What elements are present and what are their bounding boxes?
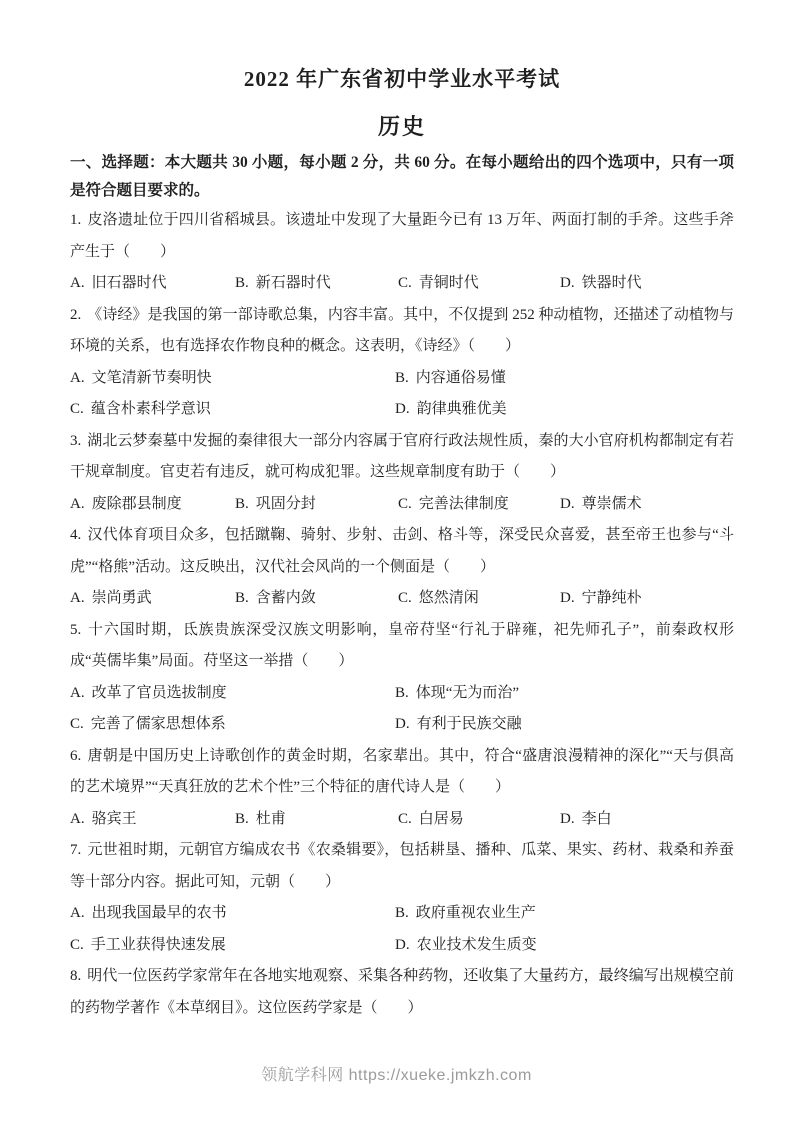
option-label: C. — [398, 496, 412, 512]
question-text: 8.明代一位医药学家常年在各地实地观察、采集各种药物，还收集了大量药方，最终编写… — [70, 961, 734, 1024]
option-label: A. — [70, 905, 85, 921]
option-text: 骆宾王 — [92, 811, 137, 827]
option-text: 体现“无为而治” — [416, 685, 519, 701]
options-row: A.改革了官员选拔制度 B.体现“无为而治” C.完善了儒家思想体系 D.有利于… — [70, 678, 734, 741]
exam-page: 2022 年广东省初中学业水平考试 历史 一、选择题：本大题共 30 小题，每小… — [0, 0, 793, 1122]
question-body: 唐朝是中国历史上诗歌创作的黄金时期，名家辈出。其中，符合“盛唐浪漫精神的深化”“… — [70, 748, 734, 796]
option-label: D. — [560, 275, 575, 291]
option-c: C.手工业获得快速发展 — [70, 930, 395, 962]
option-a: A.旧石器时代 — [70, 268, 235, 300]
option-text: 尊崇儒术 — [582, 496, 642, 512]
option-label: B. — [235, 496, 249, 512]
question-body: 湖北云梦秦墓中发掘的秦律很大一部分内容属于官府行政法规性质，秦的大小官府机构都制… — [70, 433, 734, 481]
question-number: 8. — [70, 968, 81, 984]
option-label: C. — [70, 401, 84, 417]
option-text: 含蓄内敛 — [256, 590, 316, 606]
options-row: A.旧石器时代 B.新石器时代 C.青铜时代 D.铁器时代 — [70, 268, 734, 300]
option-a: A.骆宾王 — [70, 804, 235, 836]
option-text: 有利于民族交融 — [417, 716, 522, 732]
question-text: 6.唐朝是中国历史上诗歌创作的黄金时期，名家辈出。其中，符合“盛唐浪漫精神的深化… — [70, 741, 734, 804]
question-body: 十六国时期，氐族贵族深受汉族文明影响，皇帝苻坚“行礼于辟雍，祀先师孔子”，前秦政… — [70, 622, 734, 670]
option-label: D. — [560, 590, 575, 606]
question-number: 4. — [70, 527, 81, 543]
option-b: B.新石器时代 — [235, 268, 398, 300]
option-text: 青铜时代 — [419, 275, 479, 291]
option-label: B. — [395, 685, 409, 701]
option-label: C. — [70, 937, 84, 953]
option-text: 悠然清闲 — [419, 590, 479, 606]
options-row: A.文笔清新节奏明快 B.内容通俗易懂 C.蕴含朴素科学意识 D.韵律典雅优美 — [70, 363, 734, 426]
question-4: 4.汉代体育项目众多，包括蹴鞠、骑射、步射、击剑、格斗等，深受民众喜爱，甚至帝王… — [70, 520, 734, 615]
option-d: D.尊崇儒术 — [560, 489, 734, 521]
question-number: 3. — [70, 433, 81, 449]
option-d: D.农业技术发生质变 — [395, 930, 734, 962]
option-label: A. — [70, 590, 85, 606]
option-text: 手工业获得快速发展 — [91, 937, 226, 953]
question-7: 7.元世祖时期，元朝官方编成农书《农桑辑要》，包括耕垦、播种、瓜菜、果实、药材、… — [70, 835, 734, 961]
options-row: A.废除郡县制度 B.巩固分封 C.完善法律制度 D.尊崇儒术 — [70, 489, 734, 521]
option-label: B. — [235, 275, 249, 291]
option-text: 改革了官员选拔制度 — [92, 685, 227, 701]
option-label: D. — [395, 716, 410, 732]
question-body: 汉代体育项目众多，包括蹴鞠、骑射、步射、击剑、格斗等，深受民众喜爱，甚至帝王也参… — [70, 527, 734, 575]
question-body: 《诗经》是我国的第一部诗歌总集，内容丰富。其中，不仅提到 252 种动植物，还描… — [70, 307, 734, 355]
option-text: 旧石器时代 — [92, 275, 167, 291]
question-3: 3.湖北云梦秦墓中发掘的秦律很大一部分内容属于官府行政法规性质，秦的大小官府机构… — [70, 426, 734, 521]
option-label: A. — [70, 496, 85, 512]
option-a: A.文笔清新节奏明快 — [70, 363, 395, 395]
question-text: 5.十六国时期，氐族贵族深受汉族文明影响，皇帝苻坚“行礼于辟雍，祀先师孔子”，前… — [70, 615, 734, 678]
option-text: 政府重视农业生产 — [416, 905, 536, 921]
question-text: 1.皮洛遗址位于四川省稻城县。该遗址中发现了大量距今已有 13 万年、两面打制的… — [70, 205, 734, 268]
option-c: C.完善了儒家思想体系 — [70, 709, 395, 741]
option-text: 韵律典雅优美 — [417, 401, 507, 417]
option-label: D. — [395, 401, 410, 417]
option-label: D. — [395, 937, 410, 953]
option-d: D.有利于民族交融 — [395, 709, 734, 741]
option-text: 完善法律制度 — [419, 496, 509, 512]
option-text: 新石器时代 — [256, 275, 331, 291]
option-a: A.改革了官员选拔制度 — [70, 678, 395, 710]
question-5: 5.十六国时期，氐族贵族深受汉族文明影响，皇帝苻坚“行礼于辟雍，祀先师孔子”，前… — [70, 615, 734, 741]
option-c: C.白居易 — [398, 804, 560, 836]
option-c: C.蕴含朴素科学意识 — [70, 394, 395, 426]
question-text: 3.湖北云梦秦墓中发掘的秦律很大一部分内容属于官府行政法规性质，秦的大小官府机构… — [70, 426, 734, 489]
question-text: 4.汉代体育项目众多，包括蹴鞠、骑射、步射、击剑、格斗等，深受民众喜爱，甚至帝王… — [70, 520, 734, 583]
option-text: 废除郡县制度 — [92, 496, 182, 512]
exam-subject: 历史 — [70, 110, 734, 144]
question-body: 皮洛遗址位于四川省稻城县。该遗址中发现了大量距今已有 13 万年、两面打制的手斧… — [70, 212, 734, 260]
options-row: A.骆宾王 B.杜甫 C.白居易 D.李白 — [70, 804, 734, 836]
option-text: 铁器时代 — [582, 275, 642, 291]
question-text: 2.《诗经》是我国的第一部诗歌总集，内容丰富。其中，不仅提到 252 种动植物，… — [70, 300, 734, 363]
exam-title: 2022 年广东省初中学业水平考试 — [70, 64, 734, 94]
option-b: B.杜甫 — [235, 804, 398, 836]
watermark: 领航学科网 https://xueke.jmkzh.com — [0, 1062, 793, 1085]
question-number: 6. — [70, 748, 81, 764]
option-text: 文笔清新节奏明快 — [92, 370, 212, 386]
option-d: D.韵律典雅优美 — [395, 394, 734, 426]
option-label: C. — [398, 811, 412, 827]
page-content: 2022 年广东省初中学业水平考试 历史 一、选择题：本大题共 30 小题，每小… — [0, 0, 793, 1024]
question-body: 明代一位医药学家常年在各地实地观察、采集各种药物，还收集了大量药方，最终编写出规… — [70, 968, 734, 1016]
option-label: D. — [560, 811, 575, 827]
option-a: A.废除郡县制度 — [70, 489, 235, 521]
options-row: A.出现我国最早的农书 B.政府重视农业生产 C.手工业获得快速发展 D.农业技… — [70, 898, 734, 961]
question-8: 8.明代一位医药学家常年在各地实地观察、采集各种药物，还收集了大量药方，最终编写… — [70, 961, 734, 1024]
option-d: D.铁器时代 — [560, 268, 734, 300]
option-label: B. — [395, 905, 409, 921]
option-text: 内容通俗易懂 — [416, 370, 506, 386]
option-a: A.出现我国最早的农书 — [70, 898, 395, 930]
option-b: B.体现“无为而治” — [395, 678, 734, 710]
question-6: 6.唐朝是中国历史上诗歌创作的黄金时期，名家辈出。其中，符合“盛唐浪漫精神的深化… — [70, 741, 734, 836]
question-number: 5. — [70, 622, 81, 638]
option-label: C. — [398, 590, 412, 606]
option-b: B.内容通俗易懂 — [395, 363, 734, 395]
option-text: 崇尚勇武 — [92, 590, 152, 606]
question-text: 7.元世祖时期，元朝官方编成农书《农桑辑要》，包括耕垦、播种、瓜菜、果实、药材、… — [70, 835, 734, 898]
option-c: C.完善法律制度 — [398, 489, 560, 521]
option-d: D.宁静纯朴 — [560, 583, 734, 615]
section-heading: 一、选择题：本大题共 30 小题，每小题 2 分，共 60 分。在每小题给出的四… — [70, 149, 734, 205]
option-text: 杜甫 — [256, 811, 286, 827]
question-body: 元世祖时期，元朝官方编成农书《农桑辑要》，包括耕垦、播种、瓜菜、果实、药材、栽桑… — [70, 842, 734, 890]
option-b: B.含蓄内敛 — [235, 583, 398, 615]
options-row: A.崇尚勇武 B.含蓄内敛 C.悠然清闲 D.宁静纯朴 — [70, 583, 734, 615]
question-1: 1.皮洛遗址位于四川省稻城县。该遗址中发现了大量距今已有 13 万年、两面打制的… — [70, 205, 734, 300]
option-label: A. — [70, 685, 85, 701]
option-text: 李白 — [582, 811, 612, 827]
question-2: 2.《诗经》是我国的第一部诗歌总集，内容丰富。其中，不仅提到 252 种动植物，… — [70, 300, 734, 426]
question-number: 7. — [70, 842, 81, 858]
option-label: C. — [70, 716, 84, 732]
question-number: 2. — [70, 307, 81, 323]
option-label: B. — [235, 811, 249, 827]
option-label: A. — [70, 811, 85, 827]
option-b: B.政府重视农业生产 — [395, 898, 734, 930]
option-text: 宁静纯朴 — [582, 590, 642, 606]
option-label: A. — [70, 275, 85, 291]
option-text: 完善了儒家思想体系 — [91, 716, 226, 732]
option-label: B. — [395, 370, 409, 386]
option-label: B. — [235, 590, 249, 606]
option-c: C.悠然清闲 — [398, 583, 560, 615]
option-text: 农业技术发生质变 — [417, 937, 537, 953]
option-text: 蕴含朴素科学意识 — [91, 401, 211, 417]
option-a: A.崇尚勇武 — [70, 583, 235, 615]
option-text: 白居易 — [419, 811, 464, 827]
option-label: C. — [398, 275, 412, 291]
option-text: 巩固分封 — [256, 496, 316, 512]
option-label: D. — [560, 496, 575, 512]
option-d: D.李白 — [560, 804, 734, 836]
option-c: C.青铜时代 — [398, 268, 560, 300]
option-b: B.巩固分封 — [235, 489, 398, 521]
option-label: A. — [70, 370, 85, 386]
question-number: 1. — [70, 212, 81, 228]
option-text: 出现我国最早的农书 — [92, 905, 227, 921]
